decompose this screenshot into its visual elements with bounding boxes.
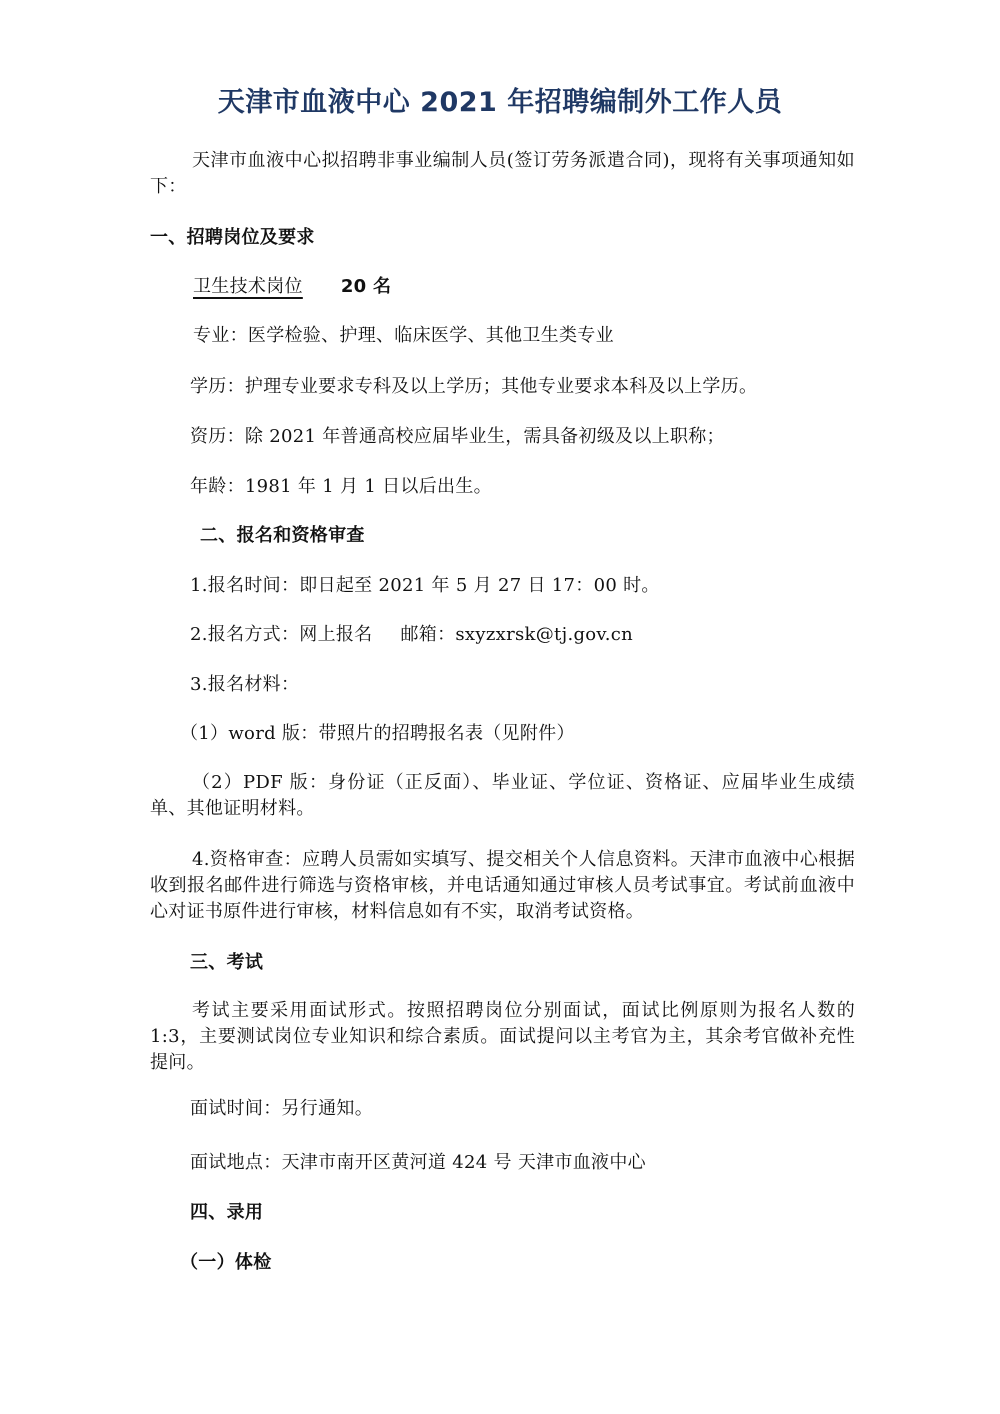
registration-method-row: 2.报名方式：网上报名邮箱：sxyzxrsk@tj.gov.cn (190, 622, 895, 648)
registration-time: 1.报名时间：即日起至 2021 年 5 月 27 日 17：00 时。 (190, 573, 895, 599)
exam-description: 考试主要采用面试形式。按照招聘岗位分别面试，面试比例原则为报名人数的 1:3，主… (150, 998, 855, 1076)
document-title: 天津市血液中心 2021 年招聘编制外工作人员 (0, 80, 1000, 119)
experience-requirement: 资历：除 2021 年普通高校应届毕业生，需具备初级及以上职称； (190, 424, 895, 450)
position-row: 卫生技术岗位20 名 (193, 274, 898, 300)
education-requirement: 学历：护理专业要求专科及以上学历；其他专业要求本科及以上学历。 (190, 374, 895, 400)
major-requirement: 专业：医学检验、护理、临床医学、其他卫生类专业 (193, 323, 898, 349)
interview-location: 面试地点：天津市南开区黄河道 424 号 天津市血液中心 (190, 1150, 895, 1176)
section4-heading: 四、录用 (190, 1200, 895, 1226)
registration-method: 2.报名方式：网上报名 (190, 624, 372, 645)
section4-sub1-heading: （一）体检 (180, 1250, 885, 1276)
materials-word: （1）word 版：带照片的招聘报名表（见附件） (180, 721, 885, 747)
section2-heading: 二、报名和资格审查 (200, 523, 905, 549)
registration-materials: 3.报名材料： (190, 672, 895, 698)
position-name: 卫生技术岗位 (193, 276, 303, 297)
position-count: 20 名 (341, 276, 392, 297)
email-label: 邮箱： (400, 624, 455, 645)
materials-pdf: （2）PDF 版：身份证（正反面）、毕业证、学位证、资格证、应届毕业生成绩单、其… (150, 770, 855, 822)
intro-paragraph: 天津市血液中心拟招聘非事业编制人员(签订劳务派遣合同)，现将有关事项通知如下： (150, 148, 855, 200)
section1-heading: 一、招聘岗位及要求 (150, 225, 855, 251)
document-page: 天津市血液中心 2021 年招聘编制外工作人员 天津市血液中心拟招聘非事业编制人… (0, 0, 1000, 1414)
section3-heading: 三、考试 (190, 950, 895, 976)
interview-time: 面试时间：另行通知。 (190, 1096, 895, 1122)
email-address[interactable]: sxyzxrsk@tj.gov.cn (455, 624, 633, 645)
age-requirement: 年龄：1981 年 1 月 1 日以后出生。 (190, 474, 895, 500)
qualification-review: 4.资格审查：应聘人员需如实填写、提交相关个人信息资料。天津市血液中心根据收到报… (150, 847, 855, 925)
